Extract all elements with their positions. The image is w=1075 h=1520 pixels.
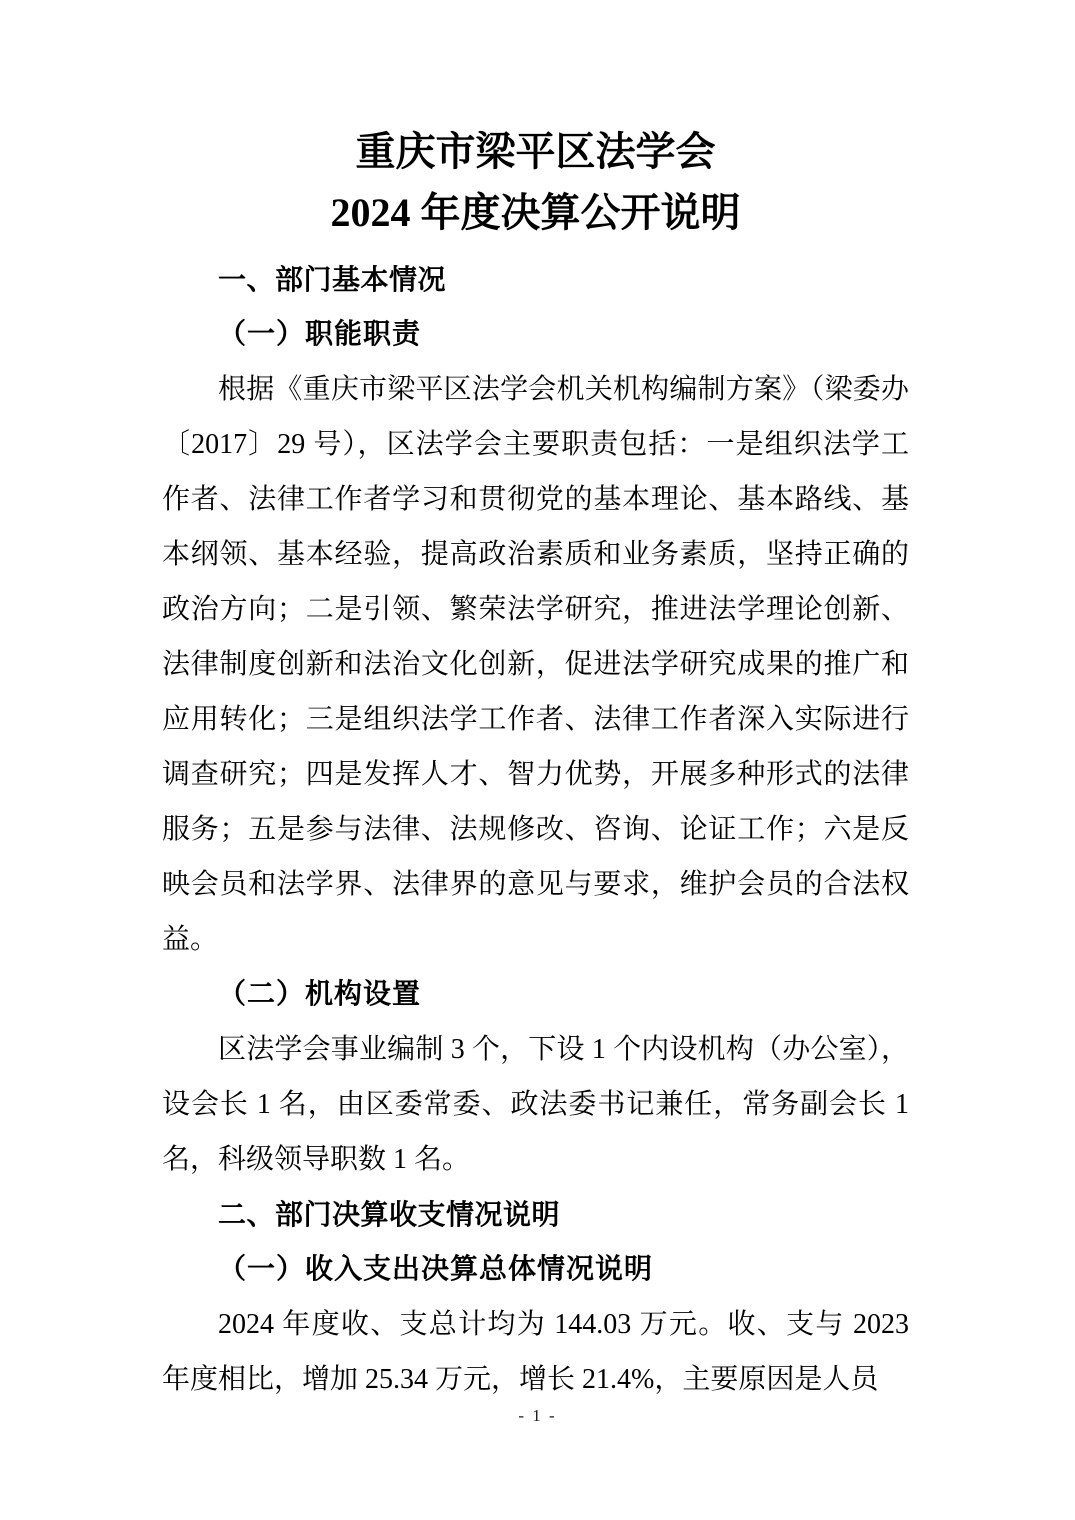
paragraph-income-expenditure: 2024 年度收、支总计均为 144.03 万元。收、支与 2023 年度相比，… — [162, 1297, 909, 1407]
section-heading-basic-info: 一、部门基本情况 — [162, 252, 909, 307]
document-page: 重庆市梁平区法学会 2024 年度决算公开说明 一、部门基本情况 （一）职能职责… — [0, 0, 1075, 1520]
page-number: - 1 - — [0, 1406, 1075, 1426]
subsection-heading-duties: （一）职能职责 — [162, 307, 909, 362]
document-title-line2: 2024 年度决算公开说明 — [162, 182, 909, 243]
subsection-heading-organization: （二）机构设置 — [162, 967, 909, 1022]
paragraph-duties: 根据《重庆市梁平区法学会机关机构编制方案》（梁委办〔2017〕29 号），区法学… — [162, 362, 909, 967]
subsection-heading-income-expenditure: （一）收入支出决算总体情况说明 — [162, 1242, 909, 1297]
paragraph-organization: 区法学会事业编制 3 个，下设 1 个内设机构（办公室），设会长 1 名，由区委… — [162, 1022, 909, 1187]
document-body: 一、部门基本情况 （一）职能职责 根据《重庆市梁平区法学会机关机构编制方案》（梁… — [162, 252, 909, 1407]
section-heading-final-accounts: 二、部门决算收支情况说明 — [162, 1187, 909, 1242]
document-title-line1: 重庆市梁平区法学会 — [162, 121, 909, 182]
